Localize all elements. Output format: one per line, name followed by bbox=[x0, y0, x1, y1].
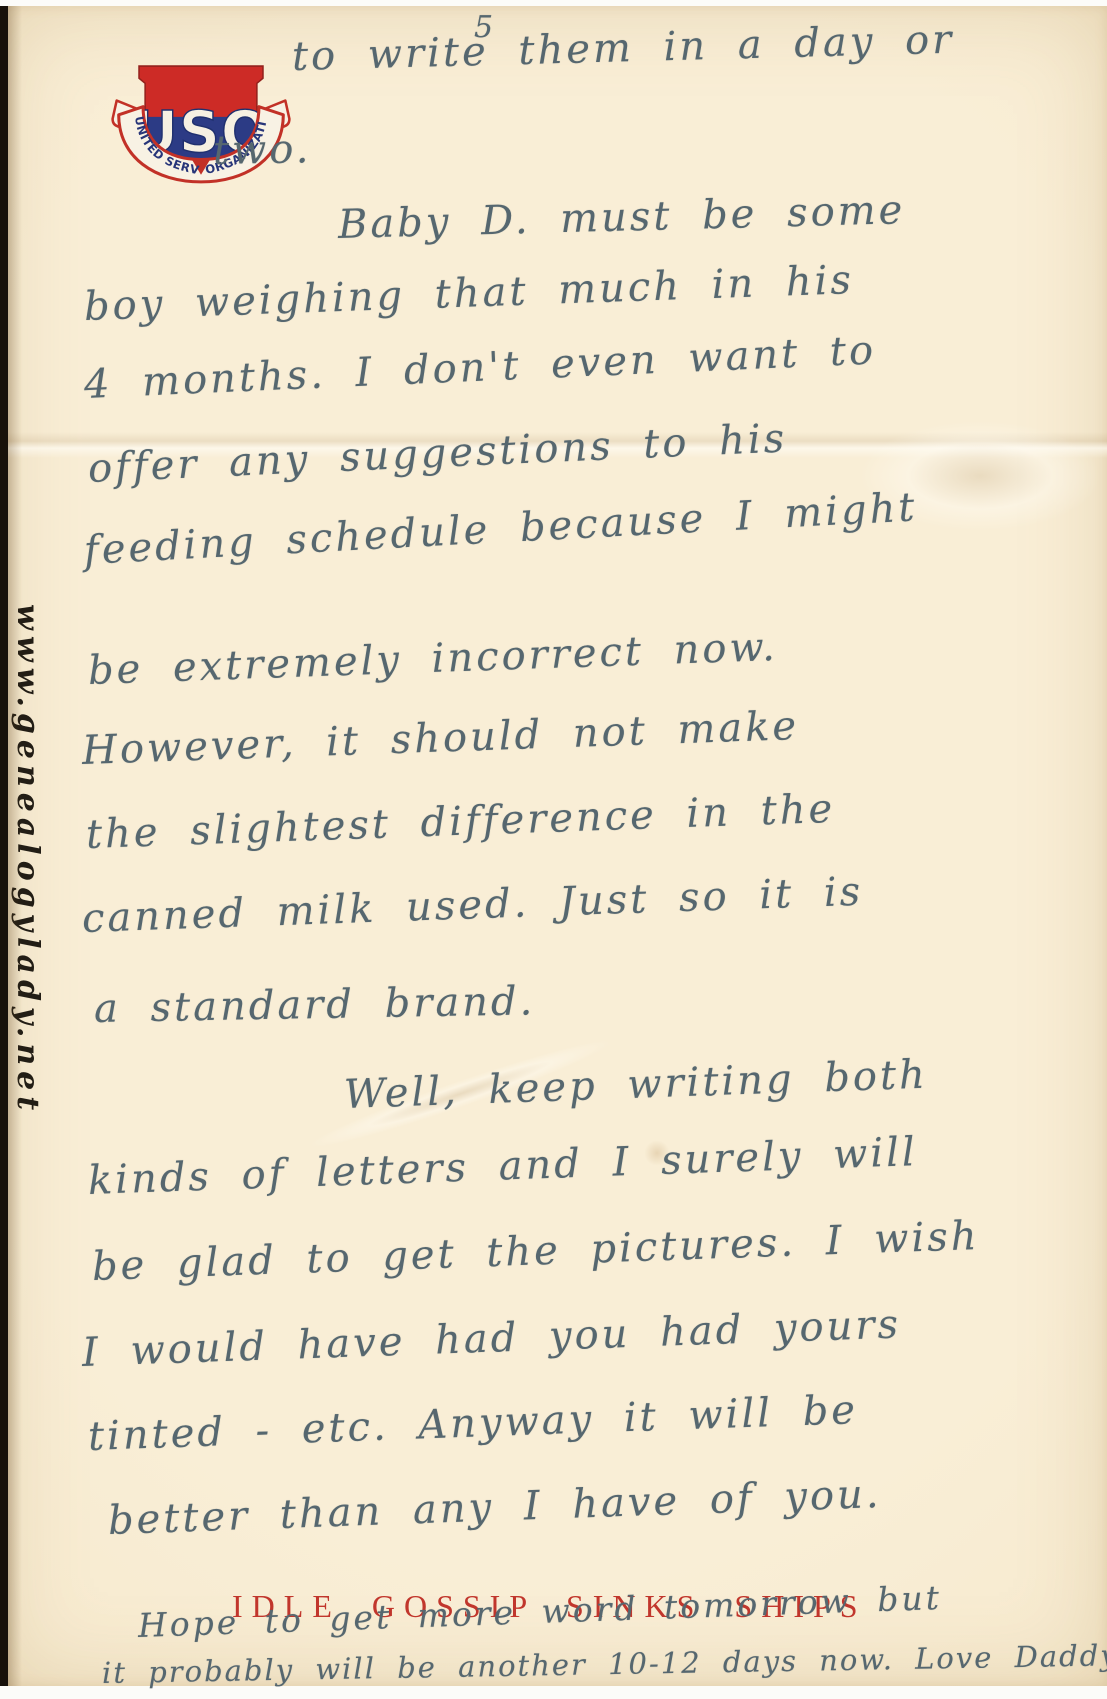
handwritten-line-11: canned milk used. Just so it is bbox=[81, 869, 864, 942]
handwritten-line-5: 4 months. I don't even want to bbox=[83, 327, 877, 408]
scanned-letter: USO UNITED SERVICE ORGANIZATIONS 5 to wr… bbox=[0, 0, 1107, 1699]
handwritten-line-18: better than any I have of you. bbox=[107, 1471, 882, 1544]
scan-edge-shadow bbox=[8, 6, 22, 1686]
handwritten-line-2: two. bbox=[213, 126, 312, 174]
handwritten-line-16: I would have had you had yours bbox=[81, 1301, 902, 1376]
handwritten-line-8: be extremely incorrect now. bbox=[87, 624, 778, 694]
handwritten-line-14: kinds of letters and I surely will bbox=[87, 1129, 918, 1204]
handwritten-line-17: tinted - etc. Anyway it will be bbox=[87, 1387, 858, 1460]
handwritten-line-9: However, it should not make bbox=[81, 703, 800, 774]
handwritten-line-6: offer any suggestions to his bbox=[87, 415, 788, 491]
handwritten-line-15: be glad to get the pictures. I wish bbox=[91, 1213, 980, 1290]
handwritten-line-12: a standard brand. bbox=[94, 978, 536, 1032]
handwritten-line-3: Baby D. must be some bbox=[337, 187, 905, 248]
handwritten-line-7: feeding schedule because I might bbox=[83, 484, 919, 574]
scan-edge-strip bbox=[0, 6, 8, 1686]
handwritten-line-20: it probably will be another 10-12 days n… bbox=[102, 1638, 1107, 1690]
handwritten-line-1: to write them in a day or bbox=[291, 17, 954, 80]
handwritten-line-4: boy weighing that much in his bbox=[83, 257, 854, 330]
handwritten-line-10: the slightest difference in the bbox=[85, 786, 836, 858]
handwritten-line-13: Well, keep writing both bbox=[343, 1052, 928, 1118]
letter-page: USO UNITED SERVICE ORGANIZATIONS 5 to wr… bbox=[0, 6, 1107, 1686]
